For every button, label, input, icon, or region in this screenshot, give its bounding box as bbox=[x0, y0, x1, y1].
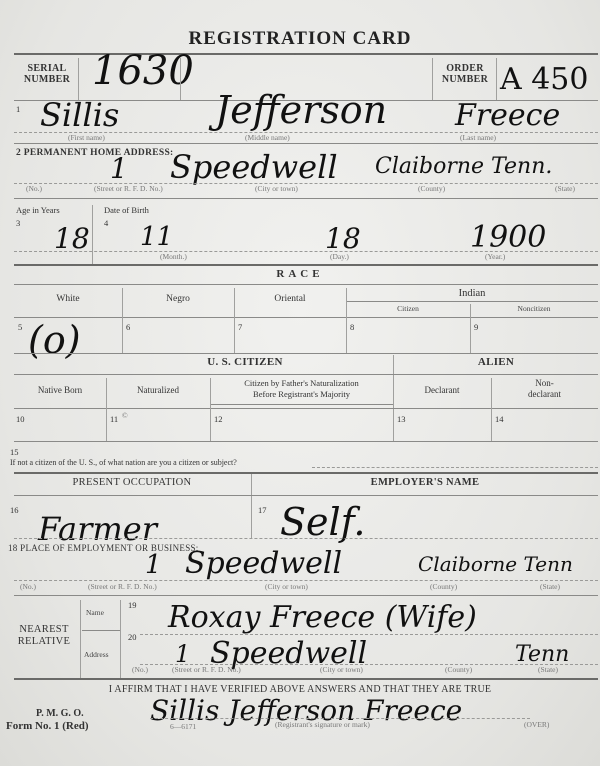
birth-month-value: 11 bbox=[140, 222, 173, 252]
caption-county: (County) bbox=[418, 184, 445, 193]
naturalized-mark: © bbox=[122, 411, 128, 420]
nearest-label: NEAREST bbox=[10, 624, 78, 636]
order-label-line2: NUMBER bbox=[436, 74, 494, 85]
divider bbox=[180, 58, 181, 100]
field-number-17: 17 bbox=[258, 505, 267, 515]
divider bbox=[14, 317, 598, 318]
col-naturalized: Naturalized bbox=[106, 385, 210, 395]
form-number: Form No. 1 (Red) bbox=[6, 720, 88, 732]
home-address-number: 1 bbox=[110, 152, 128, 185]
divider bbox=[14, 678, 598, 680]
field-number-9: 9 bbox=[474, 322, 478, 332]
first-name-value: Sillis bbox=[40, 96, 119, 134]
order-number-label: ORDER NUMBER bbox=[436, 63, 494, 85]
race-col-indian: Indian bbox=[346, 288, 598, 299]
employment-place-label: 18 PLACE OF EMPLOYMENT OR BUSINESS: bbox=[8, 543, 199, 553]
field-number-16: 16 bbox=[10, 505, 19, 515]
race-heading: RACE bbox=[0, 268, 600, 280]
signature-line bbox=[150, 718, 530, 719]
divider bbox=[14, 374, 598, 375]
field-number-3: 3 bbox=[16, 218, 20, 228]
year-caption: (Year.) bbox=[485, 252, 505, 261]
divider bbox=[120, 600, 121, 678]
divider bbox=[346, 288, 347, 353]
serial-number-label: SERIAL NUMBER bbox=[18, 63, 76, 85]
serial-label-line2: NUMBER bbox=[18, 74, 76, 85]
middle-name-caption: (Middle name) bbox=[245, 133, 290, 142]
divider bbox=[14, 143, 598, 144]
divider bbox=[106, 378, 107, 441]
caption-state: (State) bbox=[538, 665, 558, 674]
birth-year-value: 1900 bbox=[470, 220, 546, 255]
caption-city: (City or town) bbox=[320, 665, 363, 674]
divider bbox=[14, 441, 598, 442]
field-number-12: 12 bbox=[214, 414, 223, 424]
race-col-oriental: Oriental bbox=[234, 294, 346, 304]
field-number-11: 11 bbox=[110, 414, 118, 424]
col-nondeclarant-line2: declarant bbox=[491, 389, 598, 400]
signature-caption: (Registrant's signature or mark) bbox=[275, 720, 370, 729]
col-father-line1: Citizen by Father's Naturalization bbox=[210, 378, 393, 389]
last-name-caption: (Last name) bbox=[460, 133, 496, 142]
divider bbox=[393, 355, 394, 441]
field-number-1: 1 bbox=[16, 104, 20, 114]
age-label: Age in Years bbox=[16, 205, 60, 215]
divider bbox=[432, 58, 433, 100]
divider bbox=[210, 378, 211, 441]
divider bbox=[251, 474, 252, 538]
occupation-heading: PRESENT OCCUPATION bbox=[14, 477, 250, 488]
race-col-indian-noncitizen: Noncitizen bbox=[470, 304, 598, 313]
caption-no: (No.) bbox=[20, 582, 36, 591]
employment-place-county-state: Claiborne Tenn bbox=[418, 552, 573, 576]
field-number-7: 7 bbox=[238, 322, 242, 332]
field-number-15: 15 bbox=[10, 447, 19, 457]
race-col-indian-citizen: Citizen bbox=[346, 304, 470, 313]
field-number-8: 8 bbox=[350, 322, 354, 332]
divider bbox=[14, 264, 598, 266]
order-number-value: A 450 bbox=[500, 62, 588, 97]
middle-name-value: Jefferson bbox=[215, 88, 387, 132]
employment-place-number: 1 bbox=[145, 550, 162, 580]
race-col-negro: Negro bbox=[122, 294, 234, 304]
employment-place-line bbox=[14, 580, 598, 581]
home-address-label: 2 PERMANENT HOME ADDRESS: bbox=[16, 148, 174, 158]
divider bbox=[210, 404, 393, 405]
relative-name-label: Name bbox=[86, 608, 104, 617]
caption-county: (County) bbox=[445, 665, 472, 674]
col-declarant: Declarant bbox=[393, 385, 491, 395]
relative-name-value: Roxay Freece (Wife) bbox=[168, 600, 477, 635]
divider bbox=[122, 288, 123, 353]
order-label-line1: ORDER bbox=[436, 63, 494, 74]
caption-no: (No.) bbox=[26, 184, 42, 193]
divider bbox=[491, 378, 492, 441]
col-nondeclarant-line1: Non- bbox=[491, 378, 598, 389]
alien-heading: ALIEN bbox=[394, 356, 598, 368]
us-citizen-heading: U. S. CITIZEN bbox=[100, 356, 390, 368]
divider bbox=[496, 58, 497, 100]
race-col-white: White bbox=[14, 294, 122, 304]
field-number-19: 19 bbox=[128, 600, 137, 610]
caption-state: (State) bbox=[540, 582, 560, 591]
home-address-county-state: Claiborne Tenn. bbox=[375, 154, 552, 179]
divider bbox=[470, 304, 471, 353]
divider bbox=[14, 353, 598, 354]
caption-city: (City or town) bbox=[265, 582, 308, 591]
caption-street: (Street or R. F. D. No.) bbox=[94, 184, 163, 193]
relative-name-line bbox=[140, 634, 598, 635]
divider bbox=[80, 600, 81, 678]
registration-card: REGISTRATION CARD SERIAL NUMBER 1630 ORD… bbox=[0, 0, 600, 766]
caption-county: (County) bbox=[430, 582, 457, 591]
serial-label-line1: SERIAL bbox=[18, 63, 76, 74]
caption-street: (Street or R. F. D. No.) bbox=[88, 582, 157, 591]
caption-state: (State) bbox=[555, 184, 575, 193]
divider bbox=[14, 408, 598, 409]
divider bbox=[82, 630, 120, 631]
col-nondeclarant: Non- declarant bbox=[491, 378, 598, 400]
first-name-caption: (First name) bbox=[68, 133, 105, 142]
occupation-line bbox=[14, 538, 598, 539]
col-father-naturalization: Citizen by Father's Naturalization Befor… bbox=[210, 378, 393, 400]
divider bbox=[14, 198, 598, 199]
field-number-14: 14 bbox=[495, 414, 504, 424]
over-label: (OVER) bbox=[524, 720, 549, 729]
field-number-6: 6 bbox=[126, 322, 130, 332]
pmgo-label: P. M. G. O. bbox=[36, 708, 84, 719]
relative-label: RELATIVE bbox=[10, 636, 78, 648]
caption-city: (City or town) bbox=[255, 184, 298, 193]
divider bbox=[92, 205, 93, 265]
caption-no: (No.) bbox=[132, 665, 148, 674]
divider bbox=[78, 58, 79, 100]
birth-line bbox=[14, 251, 598, 252]
divider bbox=[346, 301, 598, 302]
divider bbox=[14, 472, 598, 474]
employment-place-city: Speedwell bbox=[185, 546, 342, 581]
card-title: REGISTRATION CARD bbox=[0, 28, 600, 50]
relative-address-label: Address bbox=[84, 650, 109, 659]
dob-label: Date of Birth bbox=[104, 205, 149, 215]
field-number-13: 13 bbox=[397, 414, 406, 424]
divider bbox=[14, 495, 598, 496]
employer-heading: EMPLOYER'S NAME bbox=[252, 477, 598, 488]
divider bbox=[14, 595, 598, 596]
divider bbox=[14, 284, 598, 285]
nation-question: If not a citizen of the U. S., of what n… bbox=[10, 458, 237, 467]
caption-street: (Street or R. F. D. No.) bbox=[172, 665, 241, 674]
home-address-city: Speedwell bbox=[170, 148, 338, 186]
col-native-born: Native Born bbox=[14, 385, 106, 395]
serial-number-value: 1630 bbox=[92, 48, 194, 94]
col-father-line2: Before Registrant's Majority bbox=[210, 389, 393, 400]
field-number-4: 4 bbox=[104, 218, 108, 228]
field-number-20: 20 bbox=[128, 632, 137, 642]
day-caption: (Day.) bbox=[330, 252, 349, 261]
nation-line bbox=[312, 467, 598, 468]
nearest-relative-heading: NEAREST RELATIVE bbox=[10, 624, 78, 648]
field-number-5: 5 bbox=[18, 322, 22, 332]
race-white-mark: (o) bbox=[28, 318, 81, 362]
divider bbox=[234, 288, 235, 353]
month-caption: (Month.) bbox=[160, 252, 187, 261]
field-number-10: 10 bbox=[16, 414, 25, 424]
last-name-value: Freece bbox=[455, 98, 560, 133]
